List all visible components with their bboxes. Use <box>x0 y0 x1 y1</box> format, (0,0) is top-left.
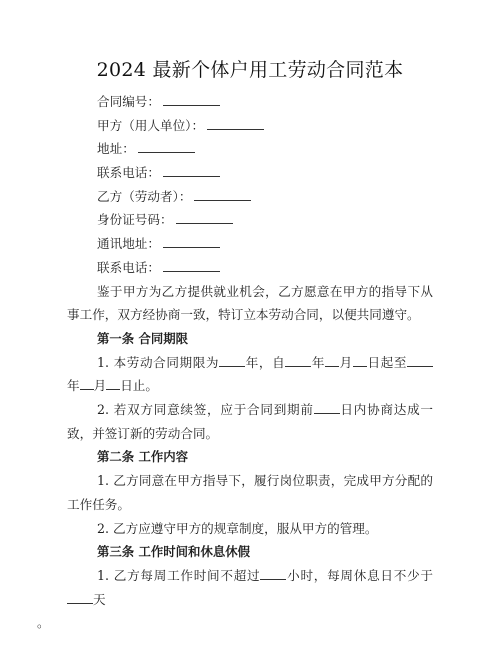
party-a-blank[interactable] <box>207 115 264 130</box>
clause-text: 1. 本劳动合同期限为 <box>97 355 219 370</box>
blank-end-month[interactable] <box>80 376 94 390</box>
field-contract-number: 合同编号： <box>67 90 433 114</box>
phone-a-blank[interactable] <box>163 162 220 177</box>
clause-3-1: 1. 乙方每周工作时间不超过小时，每周休息日不少于天。 <box>67 564 433 635</box>
field-address: 地址： <box>67 137 433 161</box>
blank-years[interactable] <box>219 353 245 367</box>
field-label: 甲方（用人单位）： <box>97 118 204 133</box>
clause-text: 天 <box>93 592 106 607</box>
contract-number-blank[interactable] <box>163 91 220 106</box>
clause-2-2: 2. 乙方应遵守甲方的规章制度，服从甲方的管理。 <box>67 517 433 541</box>
clause-text: 年 <box>67 378 80 393</box>
blank-weekly-hours[interactable] <box>260 566 286 580</box>
field-label: 身份证号码： <box>97 212 173 227</box>
clause-text: 月 <box>339 355 353 370</box>
section-heading-term: 第一条 合同期限 <box>67 327 433 351</box>
clause-text: 日止。 <box>120 378 158 393</box>
clause-text: 。 <box>37 615 50 630</box>
mailing-address-blank[interactable] <box>163 233 220 248</box>
field-label: 通讯地址： <box>97 236 160 251</box>
blank-rest-days[interactable] <box>67 590 93 604</box>
field-label: 合同编号： <box>97 94 160 109</box>
clause-1-2: 2. 若双方同意续签，应于合同到期前日内协商达成一致，并签订新的劳动合同。 <box>67 398 433 445</box>
blank-start-day[interactable] <box>353 353 367 367</box>
clause-text: 年 <box>311 355 325 370</box>
clause-text: 小时，每周休息日不少于 <box>286 568 433 583</box>
blank-end-year[interactable] <box>407 353 433 367</box>
blank-renewal-days[interactable] <box>314 400 340 414</box>
party-b-blank[interactable] <box>194 186 251 201</box>
field-phone-a: 联系电话： <box>67 161 433 185</box>
blank-start-month[interactable] <box>325 353 339 367</box>
field-label: 地址： <box>97 141 135 156</box>
clause-1-1: 1. 本劳动合同期限为年，自年月日起至年月日止。 <box>67 351 433 398</box>
blank-start-year[interactable] <box>285 353 311 367</box>
blank-end-day[interactable] <box>106 376 120 390</box>
document-title: 2024 最新个体户用工劳动合同范本 <box>0 56 500 84</box>
section-heading-work-hours: 第三条 工作时间和休息休假 <box>67 540 433 564</box>
field-id-number: 身份证号码： <box>67 208 433 232</box>
section-heading-work-content: 第二条 工作内容 <box>67 445 433 469</box>
field-phone-b: 联系电话： <box>67 256 433 280</box>
clause-2-1: 1. 乙方同意在甲方指导下，履行岗位职责，完成甲方分配的工作任务。 <box>67 469 433 516</box>
field-party-a: 甲方（用人单位）： <box>67 114 433 138</box>
field-mailing-address: 通讯地址： <box>67 232 433 256</box>
clause-text: 年，自 <box>245 355 285 370</box>
field-label: 联系电话： <box>97 165 160 180</box>
address-blank[interactable] <box>138 138 195 153</box>
phone-b-blank[interactable] <box>163 257 220 272</box>
field-label: 乙方（劳动者）： <box>97 189 191 204</box>
clause-text: 2. 若双方同意续签，应于合同到期前 <box>97 402 314 417</box>
preamble-paragraph: 鉴于甲方为乙方提供就业机会，乙方愿意在甲方的指导下从事工作，双方经协商一致，特订… <box>67 280 433 327</box>
id-number-blank[interactable] <box>176 209 233 224</box>
field-party-b: 乙方（劳动者）： <box>67 185 433 209</box>
document-page: 2024 最新个体户用工劳动合同范本 合同编号： 甲方（用人单位）： 地址： 联… <box>0 0 500 647</box>
document-body: 合同编号： 甲方（用人单位）： 地址： 联系电话： 乙方（劳动者）： 身份证号码… <box>67 90 433 635</box>
clause-text: 月 <box>94 378 107 393</box>
clause-text: 1. 乙方每周工作时间不超过 <box>97 568 260 583</box>
clause-text: 日起至 <box>367 355 407 370</box>
field-label: 联系电话： <box>97 260 160 275</box>
